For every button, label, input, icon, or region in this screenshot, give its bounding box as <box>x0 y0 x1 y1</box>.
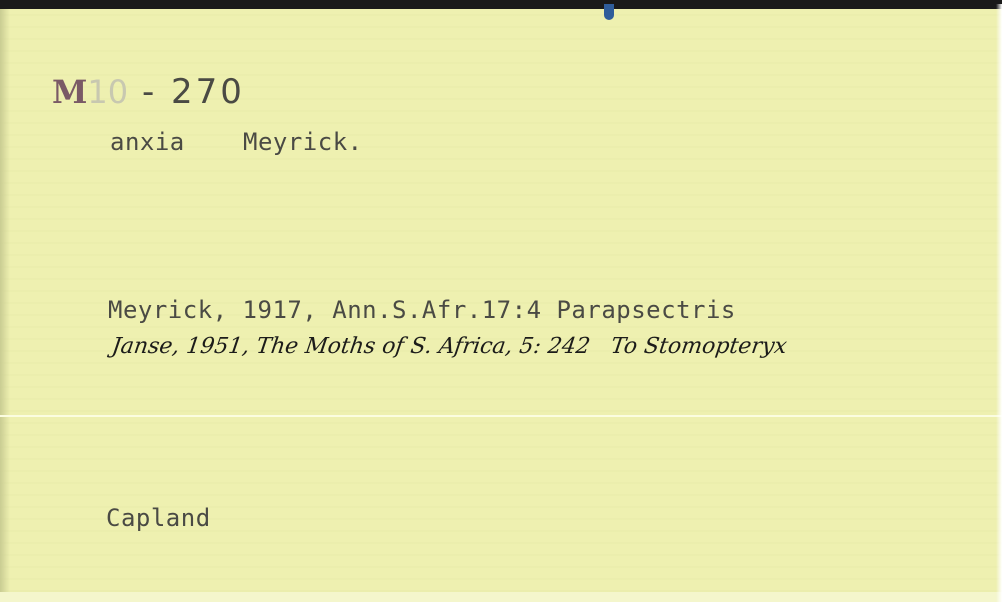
species-author: Meyrick. <box>243 128 363 156</box>
card-top-edge <box>0 4 1002 9</box>
catalog-number-value: 270 <box>171 72 245 112</box>
catalog-faint-digits: 10 <box>87 73 128 111</box>
handwritten-reference: Janse, 1951, The Moths of S. Africa, 5: … <box>110 334 788 359</box>
locality: Capland <box>106 504 211 532</box>
card-crease-line <box>0 415 1002 417</box>
species-epithet: anxia <box>110 128 185 156</box>
card-bottom-edge <box>0 592 1002 602</box>
typed-reference: Meyrick, 1917, Ann.S.Afr.17:4 Parapsectr… <box>108 296 736 324</box>
catalog-prefix-stamp: M <box>52 73 87 111</box>
blue-marker-tab <box>604 4 614 20</box>
catalog-separator: - <box>128 72 171 112</box>
index-card: M10 - 270 anxia Meyrick. Meyrick, 1917, … <box>0 4 1002 602</box>
